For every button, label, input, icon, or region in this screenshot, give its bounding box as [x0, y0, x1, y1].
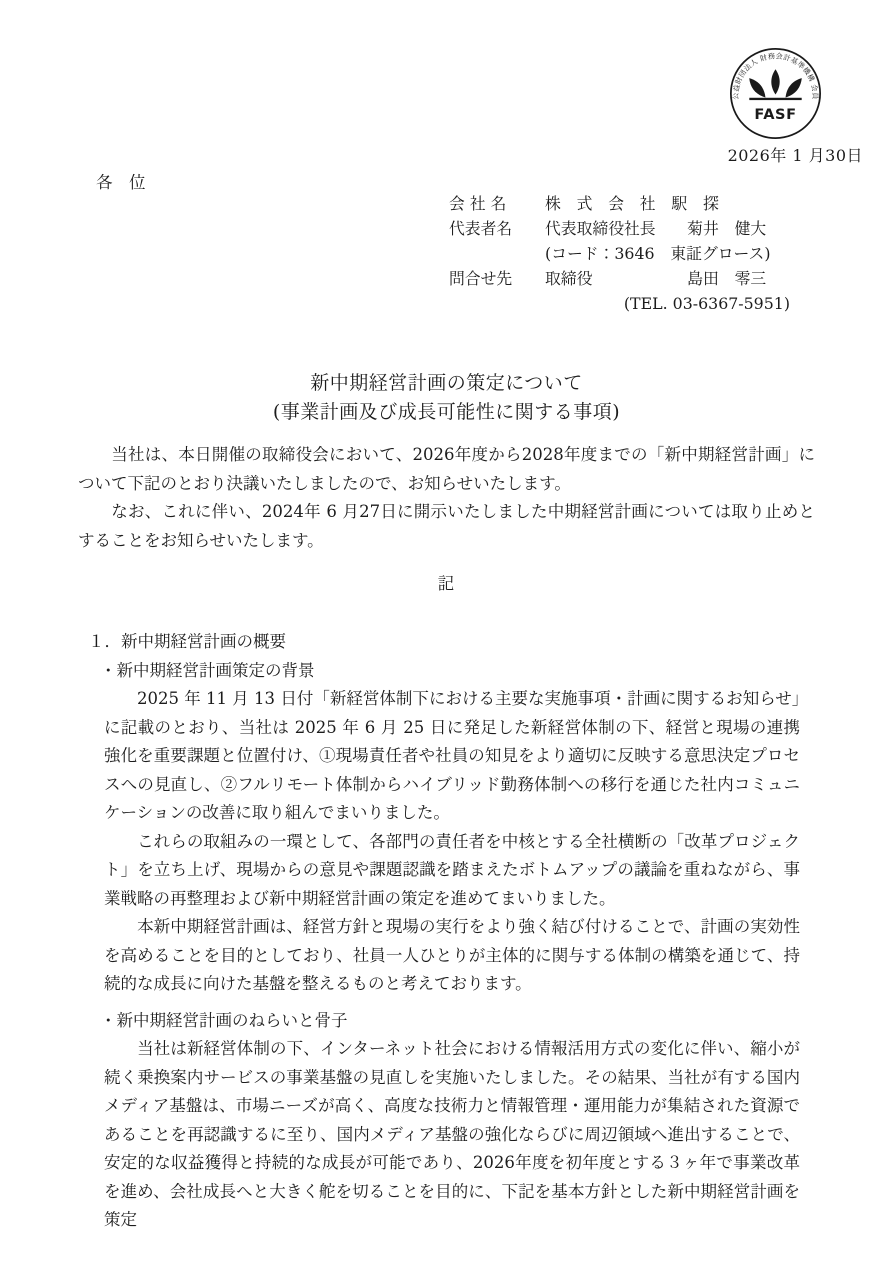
sub1-paragraph-3: 本新中期経営計画は、経営方針と現場の実行をより強く結び付けることで、計画の実効性…	[104, 913, 800, 999]
company-info-block: 会 社 名 株 式 会 社 駅 探 代表者名 代表取締役社長 菊井 健大 (コー…	[449, 191, 790, 316]
stock-code-label	[449, 241, 545, 266]
sub2-heading: ・新中期経営計画のねらいと骨子	[100, 1007, 800, 1036]
record-mark: 記	[0, 570, 893, 594]
contact-label: 問合せ先	[449, 266, 545, 291]
company-name-label: 会 社 名	[449, 191, 545, 216]
sub1-paragraph-1: 2025 年 11 月 13 日付「新経営体制下における主要な実施事項・計画に関…	[104, 685, 800, 828]
company-name-value: 株 式 会 社 駅 探	[545, 191, 790, 216]
contact-row: 問合せ先 取締役 島田 零三	[449, 266, 790, 291]
section-1: １．新中期経営計画の概要 ・新中期経営計画策定の背景 2025 年 11 月 1…	[88, 628, 800, 1235]
representative-label: 代表者名	[449, 216, 545, 241]
company-name-row: 会 社 名 株 式 会 社 駅 探	[449, 191, 790, 216]
stock-code-row: (コード：3646 東証グロース)	[449, 241, 790, 266]
title-line-2: (事業計画及び成長可能性に関する事項)	[0, 398, 893, 427]
document-title: 新中期経営計画の策定について (事業計画及び成長可能性に関する事項)	[0, 369, 893, 426]
telephone-value: (TEL. 03-6367-5951)	[545, 291, 790, 316]
document-date: 2026年 1 月30日	[728, 143, 863, 166]
fasf-logo-icon: 公益財団法人 財務会計基準機構 会員 FASF	[727, 45, 824, 142]
recipient: 各 位	[96, 169, 146, 193]
representative-value: 代表取締役社長 菊井 健大	[545, 216, 790, 241]
sub1-paragraphs: 2025 年 11 月 13 日付「新経営体制下における主要な実施事項・計画に関…	[104, 685, 800, 999]
press-release-page: 公益財団法人 財務会計基準機構 会員 FASF 2026年 1 月30日 各 位…	[0, 0, 893, 1263]
sub2-paragraphs: 当社は新経営体制の下、インターネット社会における情報活用方式の変化に伴い、縮小が…	[104, 1035, 800, 1235]
sub1-heading: ・新中期経営計画策定の背景	[100, 657, 800, 686]
intro-paragraph-1: 当社は、本日開催の取締役会において、2026年度から2028年度までの「新中期経…	[78, 441, 815, 498]
title-line-1: 新中期経営計画の策定について	[0, 369, 893, 398]
stock-code-value: (コード：3646 東証グロース)	[545, 241, 790, 266]
fasf-logo: 公益財団法人 財務会計基準機構 会員 FASF	[727, 45, 824, 142]
sub2-paragraph-1: 当社は新経営体制の下、インターネット社会における情報活用方式の変化に伴い、縮小が…	[104, 1035, 800, 1235]
fasf-acronym-text: FASF	[754, 106, 796, 123]
intro-paragraph-2: なお、これに伴い、2024年 6 月27日に開示いたしました中期経営計画について…	[78, 498, 815, 555]
section-1-heading: １．新中期経営計画の概要	[88, 628, 800, 657]
representative-row: 代表者名 代表取締役社長 菊井 健大	[449, 216, 790, 241]
sub1-paragraph-2: これらの取組みの一環として、各部門の責任者を中核とする全社横断の「改革プロジェク…	[104, 828, 800, 914]
telephone-label	[449, 291, 545, 316]
telephone-row: (TEL. 03-6367-5951)	[449, 291, 790, 316]
intro-paragraphs: 当社は、本日開催の取締役会において、2026年度から2028年度までの「新中期経…	[78, 441, 815, 555]
contact-value: 取締役 島田 零三	[545, 266, 790, 291]
